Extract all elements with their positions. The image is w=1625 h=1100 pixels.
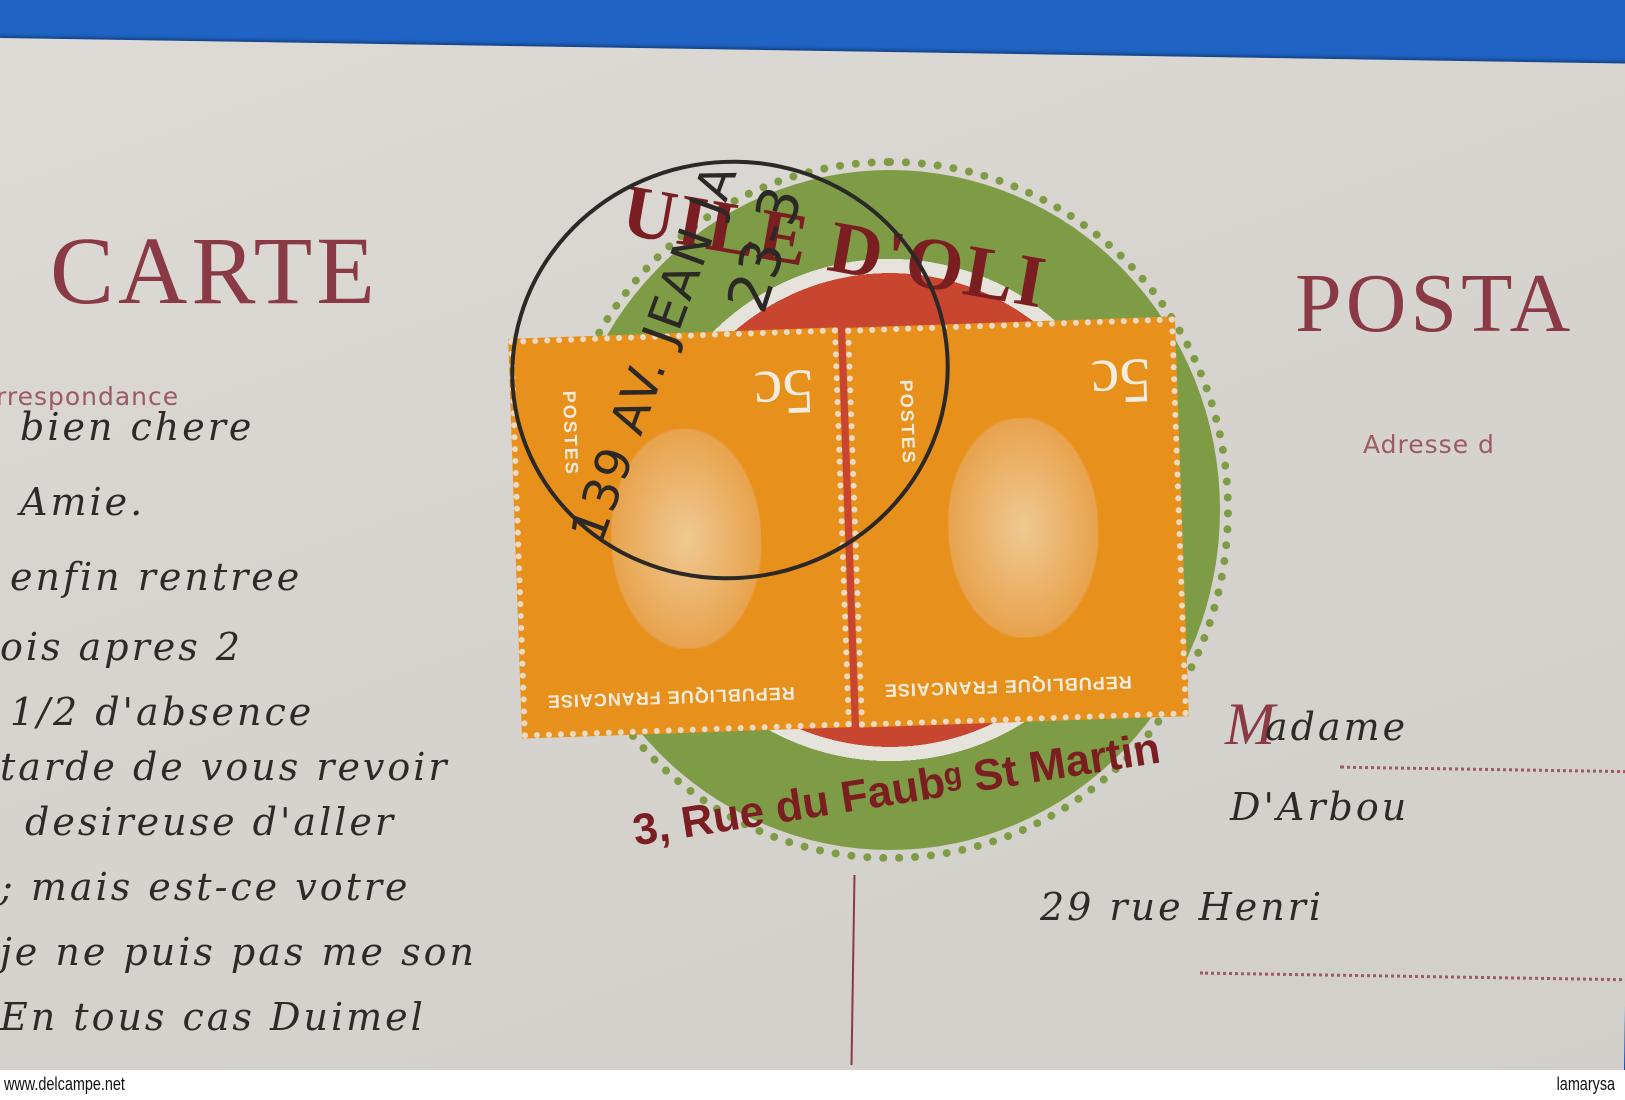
address-line: 29 rue Henri [1040,885,1324,929]
stamp-value: 5c [1089,343,1152,419]
message-line: Amie. [20,480,145,524]
message-line: ois apres 2 [0,625,243,669]
stamp-country: REPUBLIQUE FRANCAISE [546,682,795,712]
message-line: 1/2 d'absence [10,690,314,734]
message-line: En tous cas Duimel [0,995,426,1039]
address-label: Adresse d [1363,430,1495,459]
message-line: tarde de vous revoir [0,745,450,789]
address-line: adame [1265,705,1408,749]
message-line: ; mais est-ce votre [0,865,411,909]
title-postale: POSTA [1295,255,1574,352]
stamp-country: REPUBLIQUE FRANCAISE [883,671,1132,701]
watermark-site: www.delcampe.net [4,1074,125,1095]
message-line: desireuse d'aller [25,800,396,844]
title-carte: CARTE [50,215,379,326]
sower-icon [944,415,1102,640]
message-line: bien chere [20,405,254,449]
watermark-bar: www.delcampe.net lamarysa [0,1070,1625,1100]
message-line: je ne puis pas me son [0,930,477,974]
address-line: D'Arbou [1230,785,1409,829]
watermark-user: lamarysa [1557,1074,1615,1095]
message-line: enfin rentree [10,555,302,599]
